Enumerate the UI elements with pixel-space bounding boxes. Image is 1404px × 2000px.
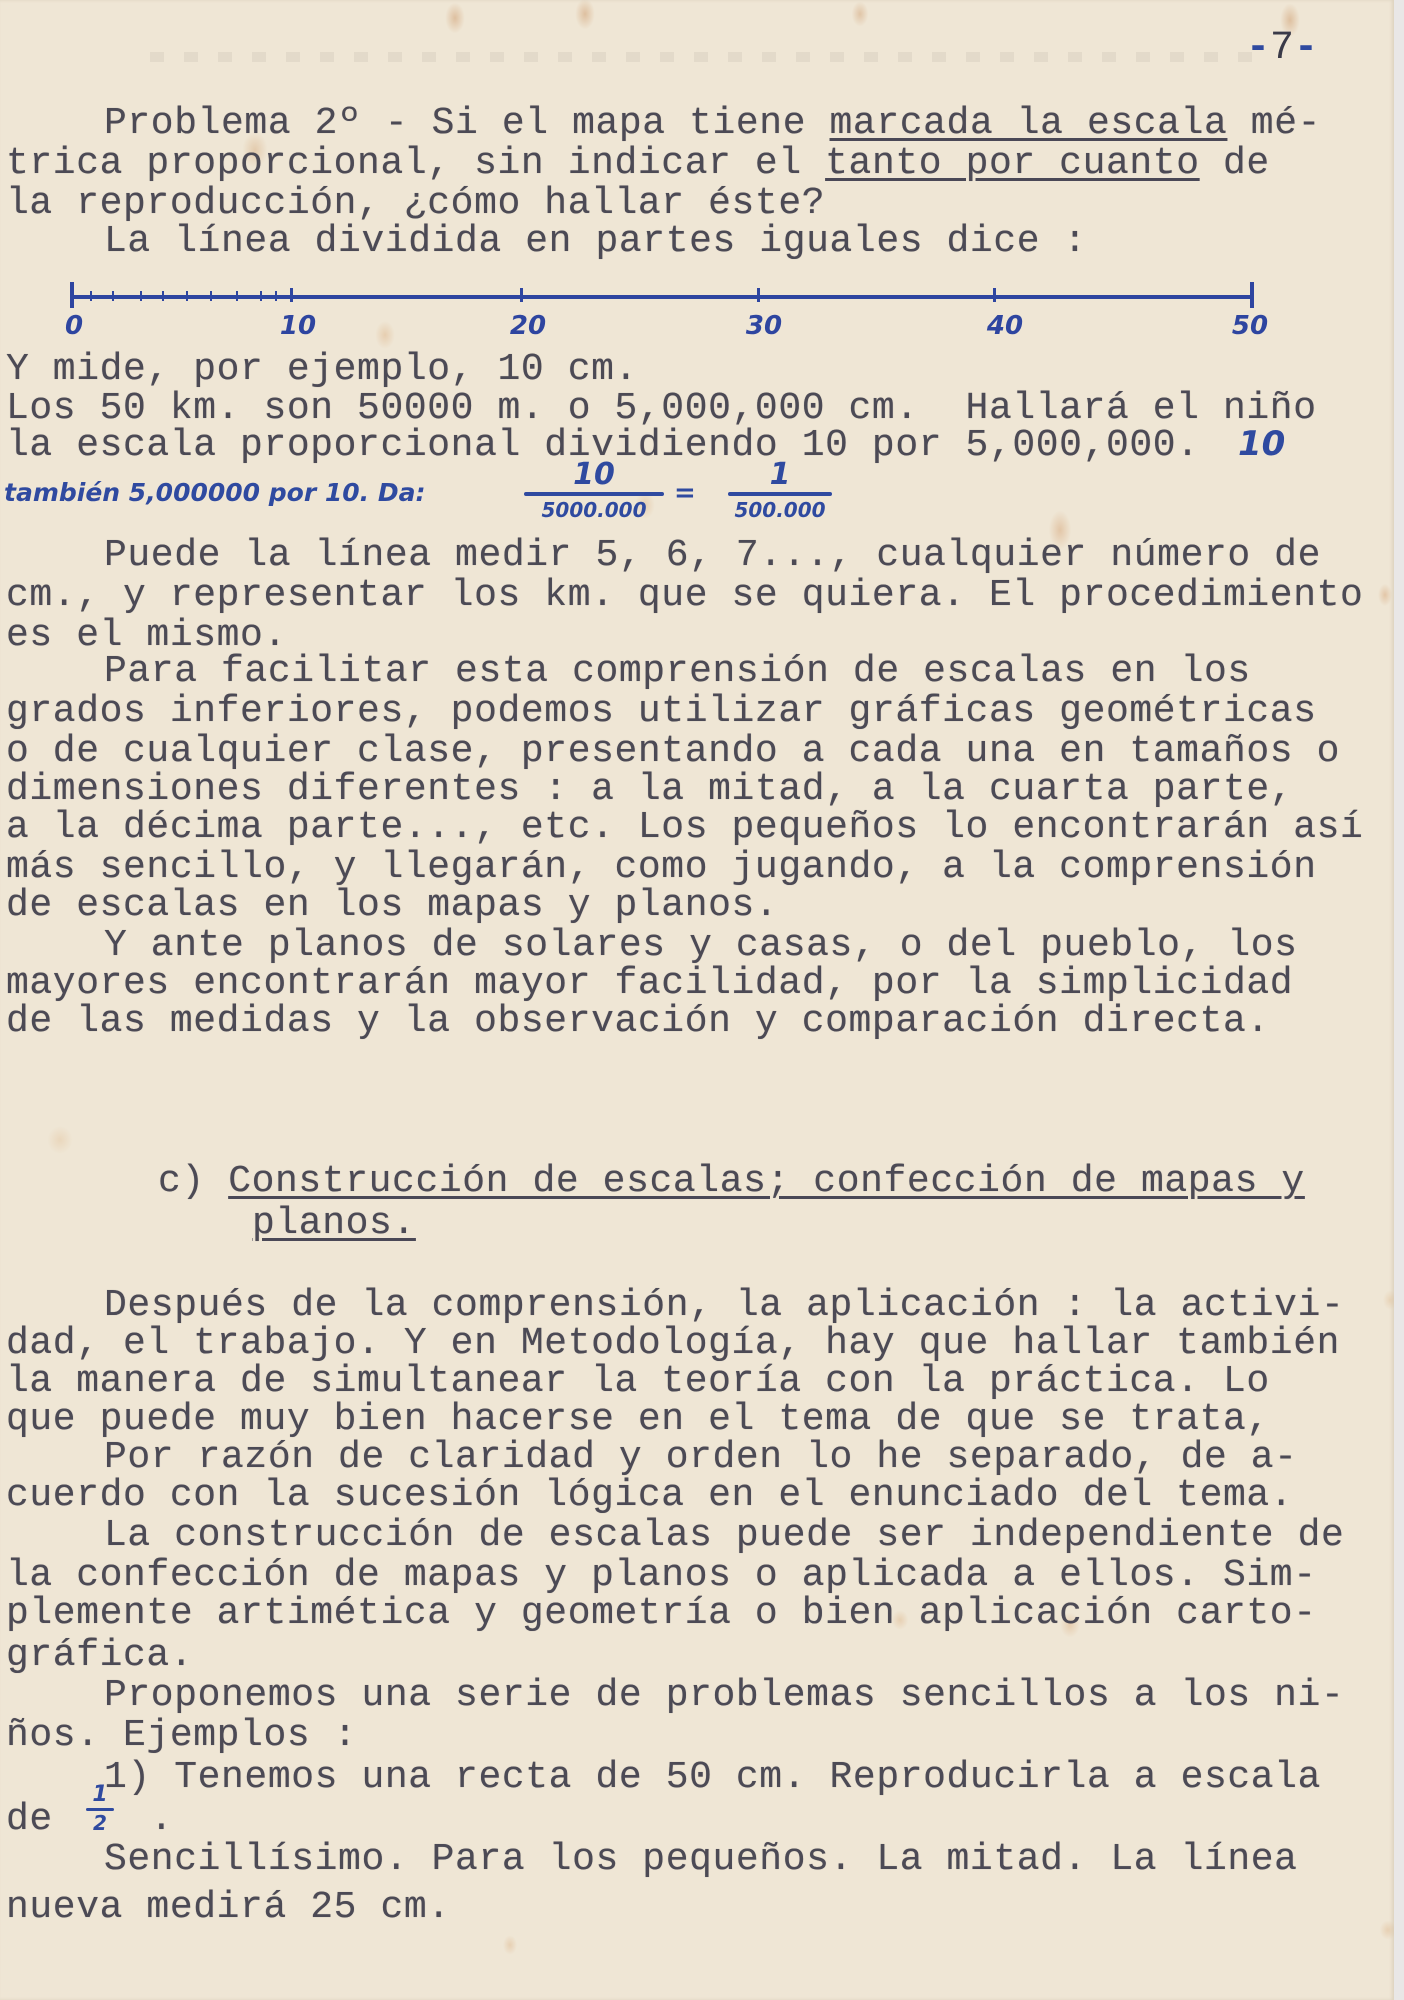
fraction-denominator: 5000.000 <box>541 496 646 524</box>
paragraph-2-line-7: de escalas en los mapas y planos. <box>6 886 778 926</box>
text-segment: Problema 2º - Si el mapa tiene <box>104 102 830 145</box>
scale-tick-20 <box>520 288 523 302</box>
paragraph-1-line-1: Puede la línea medir 5, 6, 7..., cualqui… <box>104 536 1321 576</box>
document-page: -7- Problema 2º - Si el mapa tiene marca… <box>0 0 1394 2000</box>
scale-minor-tick <box>260 291 262 301</box>
scale-minor-tick <box>140 291 142 301</box>
section-c-marker: c) <box>158 1160 205 1203</box>
scale-minor-tick <box>210 291 212 301</box>
text-segment: mé- <box>1227 102 1321 145</box>
scale-line <box>70 295 1252 299</box>
scale-label-40: 40 <box>987 311 1023 341</box>
paragraph-3-line-3: de las medidas y la observación y compar… <box>6 1002 1270 1042</box>
page-number: -7- <box>1246 26 1318 71</box>
scale-label-0: 0 <box>65 311 83 341</box>
measurement-line-2: Los 50 km. son 50000 m. o 5,000,000 cm. … <box>6 389 1317 429</box>
example-1-line-4: nueva medirá 25 cm. <box>6 1888 451 1928</box>
problem2-line-1: Problema 2º - Si el mapa tiene marcada l… <box>104 104 1321 144</box>
scale-tick-50 <box>1250 282 1254 308</box>
paragraph-1-line-2: cm., y representar los km. que se quiera… <box>6 576 1363 616</box>
paragraph-2-line-1: Para facilitar esta comprensión de escal… <box>104 652 1251 692</box>
paragraph-2-line-2: grados inferiores, podemos utilizar gráf… <box>6 692 1317 732</box>
section-c-p1-line-4: que puede muy bien hacerse en el tema de… <box>6 1400 1270 1440</box>
scale-tick-30 <box>757 288 760 302</box>
scale-label-20: 20 <box>510 311 546 341</box>
scale-label-30: 30 <box>746 311 782 341</box>
scale-label-10: 10 <box>280 311 316 341</box>
paragraph-2-line-5: a la décima parte..., etc. Los pequeños … <box>6 808 1363 848</box>
text-segment: de <box>1200 142 1270 185</box>
section-c-p2-line-2: cuerdo con la sucesión lógica en el enun… <box>6 1476 1293 1516</box>
example-1-line-2-prefix: de <box>6 1800 53 1840</box>
scale-minor-tick <box>112 291 114 301</box>
section-c-p1-line-1: Después de la comprensión, la aplicación… <box>104 1286 1344 1326</box>
section-c-p1-line-2: dad, el trabajo. Y en Metodología, hay q… <box>6 1324 1340 1364</box>
section-c-p1-line-3: la manera de simultanear la teoría con l… <box>6 1362 1270 1402</box>
handwritten-fraction-2: 1 500.000 <box>728 458 832 524</box>
page-number-suffix: - <box>1294 26 1318 71</box>
handwritten-inline-suffix: 10 <box>1238 424 1285 464</box>
section-c-p3-line-4: gráfica. <box>6 1636 193 1676</box>
scale-minor-tick <box>275 291 277 301</box>
section-c-heading-line-2: planos. <box>252 1204 416 1244</box>
scale-minor-tick <box>162 291 164 301</box>
handwritten-fraction-one-half: 1 2 <box>86 1782 114 1835</box>
example-1-line-3: Sencillísimo. Para los pequeños. La mita… <box>104 1840 1298 1880</box>
text-segment: trica proporcional, sin indicar el <box>6 142 825 185</box>
example-1-line-2-suffix: . <box>150 1800 173 1840</box>
paragraph-3-line-1: Y ante planos de solares y casas, o del … <box>104 926 1298 966</box>
section-c-p3-line-2: la confección de mapas y planos o aplica… <box>6 1556 1317 1596</box>
fraction-denominator: 500.000 <box>734 496 825 524</box>
problem2-line-2: trica proporcional, sin indicar el tanto… <box>6 144 1270 184</box>
section-c-p3-line-1: La construcción de escalas puede ser ind… <box>104 1516 1344 1556</box>
section-c-p2-line-1: Por razón de claridad y orden lo he sepa… <box>104 1438 1298 1478</box>
handwritten-fraction-1: 10 5000.000 <box>524 458 664 524</box>
measurement-line-1: Y mide, por ejemplo, 10 cm. <box>6 350 638 390</box>
section-c-title: Construcción de escalas; confección de m… <box>228 1160 1305 1203</box>
scale-tick-0 <box>70 282 74 308</box>
example-1-line-1: 1) Tenemos una recta de 50 cm. Reproduci… <box>104 1758 1321 1798</box>
handwritten-note-text: también 5,000000 por 10. Da: <box>4 478 425 507</box>
paragraph-3-line-2: mayores encontrarán mayor facilidad, por… <box>6 964 1293 1004</box>
scale-minor-tick <box>236 291 238 301</box>
hand-drawn-scale-bar: 0 10 20 30 40 50 <box>60 278 1280 348</box>
fraction-denominator: 2 <box>93 1811 107 1835</box>
scale-tick-40 <box>993 288 996 302</box>
section-c-p4-line-1: Proponemos una serie de problemas sencil… <box>104 1676 1344 1716</box>
scale-label-50: 50 <box>1232 311 1268 341</box>
paragraph-2-line-3: o de cualquier clase, presentando a cada… <box>6 732 1340 772</box>
paragraph-2-line-4: dimensiones diferentes : a la mitad, a l… <box>6 770 1293 810</box>
page-number-prefix: - <box>1246 26 1270 71</box>
section-c-p4-line-2: ños. Ejemplos : <box>6 1716 357 1756</box>
scale-tick-10 <box>290 288 293 302</box>
scale-minor-tick <box>90 291 92 301</box>
underlined-phrase: tanto por cuanto <box>825 142 1199 185</box>
paragraph-2-line-6: más sencillo, y llegarán, como jugando, … <box>6 848 1317 888</box>
section-c-p3-line-3: plemente artimética y geometría o bien a… <box>6 1594 1317 1634</box>
fraction-numerator: 10 <box>573 458 615 492</box>
problem2-line-3: la reproducción, ¿cómo hallar éste? <box>6 184 825 224</box>
fraction-numerator: 1 <box>770 458 791 492</box>
underlined-phrase: marcada la escala <box>830 102 1228 145</box>
problem2-line-4: La línea dividida en partes iguales dice… <box>104 222 1087 262</box>
page-number-value: 7 <box>1270 26 1294 71</box>
fraction-numerator: 1 <box>92 1782 107 1808</box>
reverse-side-show-through <box>150 52 1270 62</box>
scale-minor-tick <box>186 291 188 301</box>
section-c-title-continued: planos. <box>252 1202 416 1245</box>
handwritten-equals: = <box>674 478 696 508</box>
section-c-heading-line-1: c) Construcción de escalas; confección d… <box>158 1162 1305 1202</box>
